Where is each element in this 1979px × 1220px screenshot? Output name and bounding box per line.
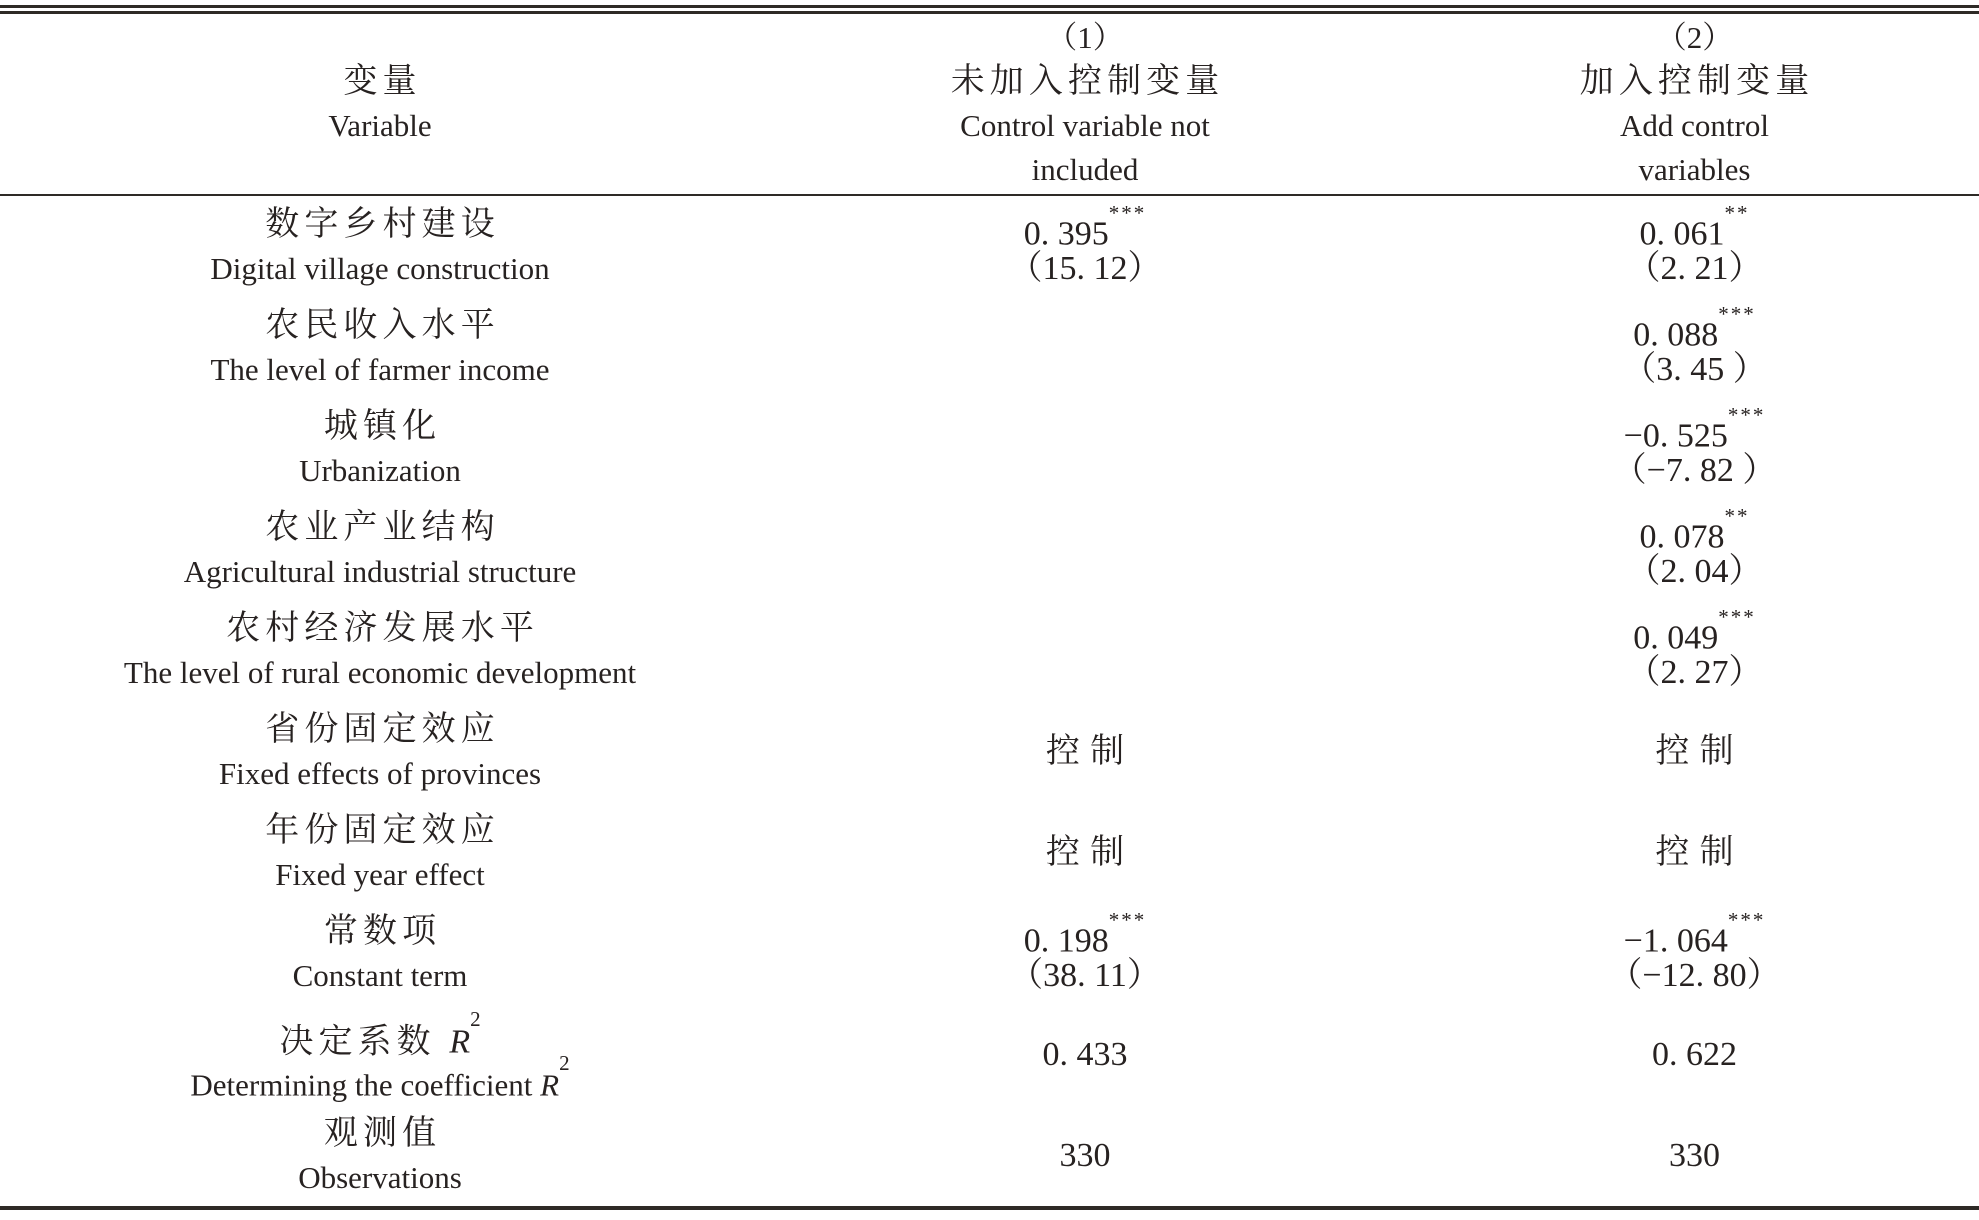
t-statistic [760,449,1410,493]
t-statistic [760,550,1410,594]
significance-stars: *** [1109,908,1147,932]
row-label-zh: 农业产业结构 [0,506,760,550]
model2-cell: 0. 061** （2. 21） [1410,196,1979,297]
row-label-en: Agricultural industrial structure [0,550,760,594]
r-exponent: 2 [470,1007,486,1031]
significance-stars: *** [1728,403,1766,427]
row-label-en: Fixed effects of provinces [0,752,760,796]
model2-cell: 0. 078** （2. 04） [1410,499,1979,600]
table-bottom-rule [0,1206,1979,1210]
table-row-urbanization: 城镇化 Urbanization −0. 525*** （−7. 82 ） [0,398,1979,499]
row-label-zh: 农民收入水平 [0,304,760,348]
row-label-cell: 决定系数 R2 Determining the coefficient R2 [0,1004,760,1105]
model1-cell: 330 [760,1105,1410,1206]
coefficient: −0. 525*** [1410,405,1979,449]
model1-cell: 0. 433 [760,1004,1410,1105]
row-label-cell: 常数项 Constant term [0,903,760,1004]
header-model1-en-line2: included [760,148,1410,192]
control-flag: 控制 [1410,730,1979,774]
model1-cell [760,297,1410,398]
row-label-zh: 城镇化 [0,405,760,449]
table-row-province-fixed-effects: 省份固定效应 Fixed effects of provinces 控制 控制 [0,701,1979,802]
statistic-value: 330 [760,1134,1410,1178]
t-statistic [760,348,1410,392]
row-label-cell: 年份固定效应 Fixed year effect [0,802,760,903]
header-model1-cell: （1） 未加入控制变量 Control variable not include… [760,14,1410,194]
header-model1-zh: 未加入控制变量 [760,60,1410,104]
row-label-cell: 观测值 Observations [0,1105,760,1206]
header-model2-en-line2: variables [1410,148,1979,192]
row-label-en: The level of farmer income [0,348,760,392]
row-label-cell: 农村经济发展水平 The level of rural economic dev… [0,600,760,701]
coefficient: 0. 088*** [1410,304,1979,348]
header-model2-en-line1: Add control [1410,104,1979,148]
row-label-zh: 农村经济发展水平 [0,607,760,651]
r-symbol: R [540,1067,559,1102]
model1-cell: 0. 198*** （38. 11） [760,903,1410,1004]
significance-stars: *** [1109,201,1147,225]
model1-cell [760,398,1410,499]
significance-stars: ** [1725,504,1750,528]
coefficient: 0. 049*** [1410,607,1979,651]
statistic-value: 330 [1410,1134,1979,1178]
model2-cell: 0. 049*** （2. 27） [1410,600,1979,701]
t-statistic: （−12. 80） [1410,954,1979,998]
control-flag: 控制 [1410,831,1979,875]
model1-cell: 控制 [760,802,1410,903]
table-row-digital-village: 数字乡村建设 Digital village construction 0. 3… [0,196,1979,297]
table-row-farmer-income: 农民收入水平 The level of farmer income 0. 088… [0,297,1979,398]
coefficient [760,506,1410,550]
coefficient [760,405,1410,449]
model2-cell: −1. 064*** （−12. 80） [1410,903,1979,1004]
t-statistic: （2. 27） [1410,651,1979,695]
model1-cell [760,499,1410,600]
header-model2-cell: （2） 加入控制变量 Add control variables [1410,14,1979,194]
row-label-en: Fixed year effect [0,853,760,897]
row-label-zh: 决定系数 R2 [0,1011,760,1055]
t-statistic [760,651,1410,695]
t-statistic: （38. 11） [760,954,1410,998]
header-model1-en-line1: Control variable not [760,104,1410,148]
significance-stars: *** [1728,908,1766,932]
table-row-r-squared: 决定系数 R2 Determining the coefficient R2 0… [0,1004,1979,1105]
table-row-constant-term: 常数项 Constant term 0. 198*** （38. 11） −1.… [0,903,1979,1004]
row-label-en: Determining the coefficient R2 [0,1055,760,1099]
r-exponent: 2 [559,1051,570,1075]
model2-cell: 控制 [1410,802,1979,903]
significance-stars: *** [1718,302,1756,326]
coefficient: −1. 064*** [1410,910,1979,954]
table-row-rural-economic-development: 农村经济发展水平 The level of rural economic dev… [0,600,1979,701]
model1-cell [760,600,1410,701]
significance-stars: ** [1725,201,1750,225]
table-row-observations: 观测值 Observations 330 330 [0,1105,1979,1206]
model2-cell: 0. 622 [1410,1004,1979,1105]
coefficient [760,304,1410,348]
row-label-cell: 农业产业结构 Agricultural industrial structure [0,499,760,600]
coefficient: 0. 395*** [760,203,1410,247]
row-label-zh: 省份固定效应 [0,708,760,752]
table-row-year-fixed-effects: 年份固定效应 Fixed year effect 控制 控制 [0,802,1979,903]
header-variable-zh: 变量 [0,60,760,104]
table-header-row: 变量 Variable （1） 未加入控制变量 Control variable… [0,14,1979,194]
row-label-zh: 年份固定效应 [0,809,760,853]
model2-cell: −0. 525*** （−7. 82 ） [1410,398,1979,499]
row-label-zh: 观测值 [0,1112,760,1156]
control-flag: 控制 [760,831,1410,875]
model2-cell: 330 [1410,1105,1979,1206]
row-label-cell: 农民收入水平 The level of farmer income [0,297,760,398]
control-flag: 控制 [760,730,1410,774]
table-top-rule [0,5,1979,14]
row-label-en: Digital village construction [0,247,760,291]
row-label-en: Observations [0,1156,760,1200]
coefficient: 0. 061** [1410,203,1979,247]
statistic-value: 0. 433 [760,1033,1410,1077]
t-statistic: （2. 21） [1410,247,1979,291]
t-statistic: （−7. 82 ） [1410,449,1979,493]
row-label-en: Constant term [0,954,760,998]
row-label-cell: 城镇化 Urbanization [0,398,760,499]
coefficient [760,607,1410,651]
header-variable-en: Variable [0,104,760,148]
header-variable-cell: 变量 Variable [0,14,760,194]
table-row-agricultural-structure: 农业产业结构 Agricultural industrial structure… [0,499,1979,600]
t-statistic: （2. 04） [1410,550,1979,594]
spacer [0,16,760,60]
row-label-cell: 省份固定效应 Fixed effects of provinces [0,701,760,802]
model1-cell: 0. 395*** （15. 12） [760,196,1410,297]
label-text: Determining the coefficient [190,1067,540,1102]
significance-stars: *** [1718,605,1756,629]
coefficient: 0. 078** [1410,506,1979,550]
header-model2-zh: 加入控制变量 [1410,60,1979,104]
row-label-zh: 数字乡村建设 [0,203,760,247]
model1-cell: 控制 [760,701,1410,802]
row-label-en: The level of rural economic development [0,651,760,695]
header-model2-number: （2） [1410,16,1979,60]
t-statistic: （3. 45 ） [1410,348,1979,392]
regression-table: 变量 Variable （1） 未加入控制变量 Control variable… [0,5,1979,1210]
model2-cell: 控制 [1410,701,1979,802]
row-label-zh: 常数项 [0,910,760,954]
header-model1-number: （1） [760,16,1410,60]
row-label-cell: 数字乡村建设 Digital village construction [0,196,760,297]
row-label-en: Urbanization [0,449,760,493]
coefficient: 0. 198*** [760,910,1410,954]
statistic-value: 0. 622 [1410,1033,1979,1077]
spacer [0,148,760,192]
t-statistic: （15. 12） [760,247,1410,291]
model2-cell: 0. 088*** （3. 45 ） [1410,297,1979,398]
